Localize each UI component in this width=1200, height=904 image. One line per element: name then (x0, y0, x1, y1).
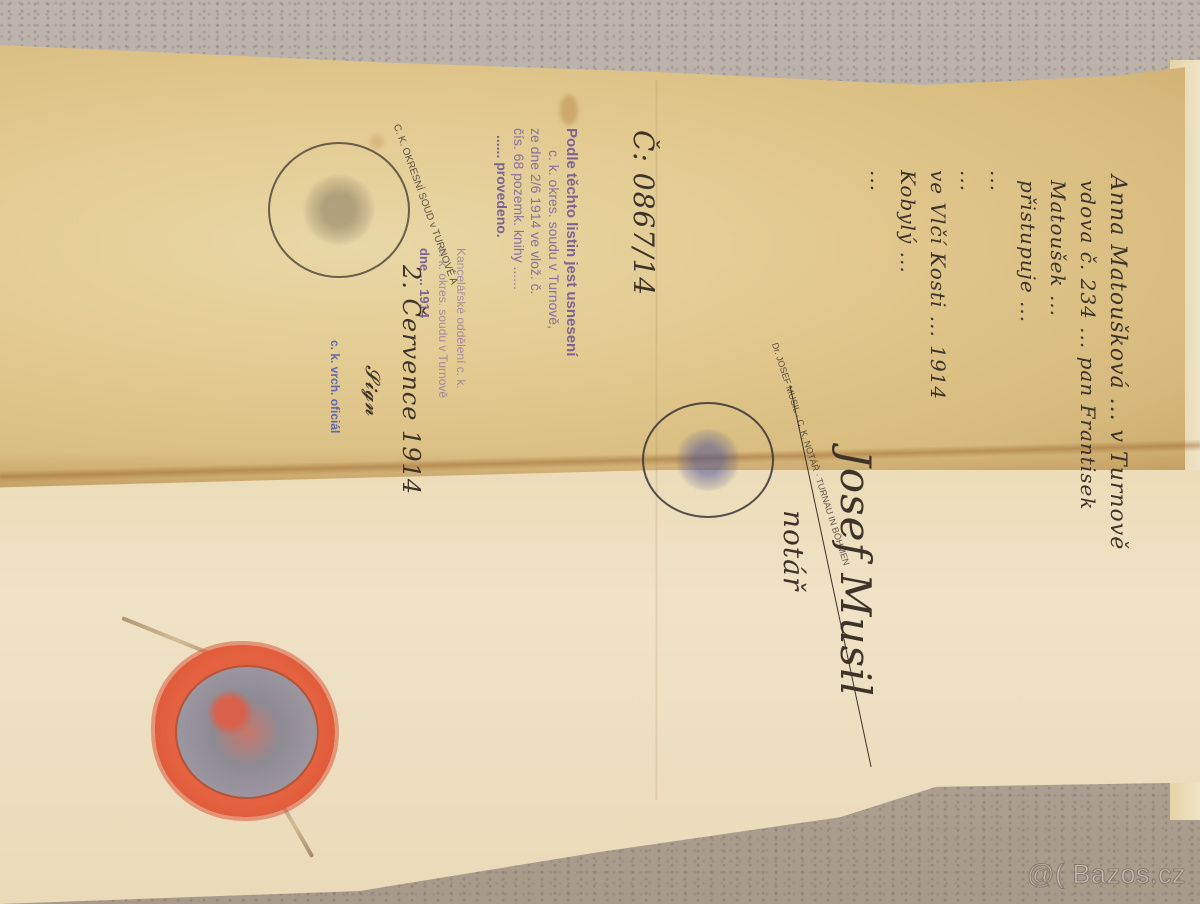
official-signature: 𝓢𝓲𝓰𝓷 (361, 365, 385, 417)
stamp-line: Kancelářské oddělení c. k. (454, 248, 468, 389)
handwritten-line: ... (866, 170, 890, 192)
notary-title: notář (777, 510, 810, 591)
official-label: c. k. vrch. oficiál (328, 340, 342, 433)
seal-emblem-icon (205, 690, 255, 735)
stain (560, 95, 578, 125)
document-aged-upper-half (0, 45, 1185, 490)
eagle-emblem-icon (301, 174, 377, 247)
seal-impression (175, 665, 319, 799)
stain (370, 135, 384, 149)
handwritten-line: Matoušek ... (1046, 180, 1070, 317)
handwritten-line: ... (986, 170, 1010, 192)
red-wax-seal (155, 645, 335, 817)
bazos-watermark: @( Bazos.cz (1027, 859, 1186, 890)
notary-round-stamp: Dr. JOSEF MUSIL · C. K. NOTÁŘ · TURNAU I… (642, 402, 774, 518)
handwritten-line: Anna Matoušková ... v Turnově (1105, 175, 1130, 550)
handwritten-date: 2. Července 1914 (397, 265, 425, 495)
court-round-stamp: C. K. OKRESNÍ SOUD v TURNOVĚ A (268, 142, 410, 278)
stamp-line: c. k. okres. soudu v Turnově, (546, 150, 562, 329)
handwritten-line: ... (956, 170, 980, 192)
stamp-line: ...... provedeno. (494, 135, 510, 238)
stamp-line: čís. 68 pozemk. knihy ...... (511, 128, 527, 290)
stamp-line: ze dne 2/6 1914 ve vlož. č. (528, 128, 544, 295)
stamp-line: c. k. okres. soudu v Turnově (436, 248, 450, 398)
document-photo: C. K. OKRESNÍ SOUD v TURNOVĚ A Dr. JOSEF… (0, 0, 1200, 904)
handwritten-line: ve Vlčí Kosti ... 1914 (926, 170, 950, 400)
handwritten-line: přistupuje ... (1016, 180, 1040, 323)
stamp-line: Podle těchto listin jest usnesení (563, 128, 580, 356)
coat-of-arms-icon (673, 429, 743, 491)
handwritten-line: Kobylý ... (896, 170, 920, 274)
notary-signature: Josef Musil (831, 450, 880, 697)
reference-number: Č: 0867/14 (627, 130, 660, 296)
handwritten-line: vdova č. 234 ... pan Frantisek (1076, 180, 1100, 510)
